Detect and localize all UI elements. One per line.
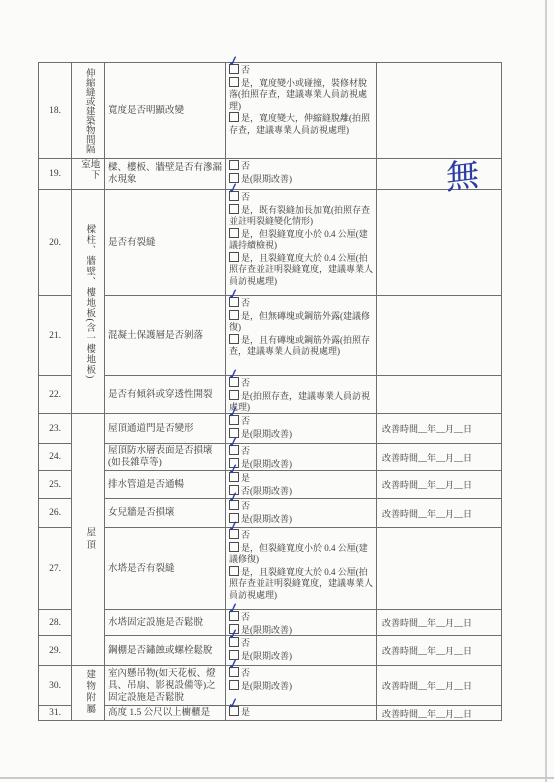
item-label: 屋頂通道門是否變形 [105, 414, 226, 444]
option-label: 是，但裂縫寬度小於 0.4 公厘(建議修復) [229, 543, 368, 565]
row-number: 18. [39, 63, 72, 159]
item-label: 樑、樓板、牆壁是否有滲漏水現象 [105, 159, 226, 190]
row-number: 29. [39, 636, 72, 666]
category-group-roof: 屋頂 [72, 413, 105, 665]
item-label: 水塔是否有裂縫 [105, 528, 226, 610]
option-label: 否 [241, 446, 250, 456]
checkbox-icon: ✓ [229, 445, 239, 455]
checkbox-icon [229, 204, 239, 214]
option-label: 否 [241, 192, 250, 202]
checkbox-icon [229, 112, 239, 122]
option-label: 是，且裂縫寬度大於 0.4 公厘(拍照存查並註明裂縫寬度，建議專業人員訪視處理) [229, 253, 373, 286]
item-label: 排水管道是否通暢 [105, 471, 226, 499]
item-label: 室內懸吊物(如天花板、燈具、吊扇、影視設備等)之固定設施是否鬆脫 [105, 666, 226, 706]
table-row: 18. 伸縮縫或建築物間隔 寬度是否明顯改變 ✓否 是，寬度變小或碰撞，裝修材脫… [39, 63, 501, 159]
checkbox-icon: ✓ [229, 529, 239, 539]
row-number: 22. [39, 376, 72, 414]
checkbox-icon [229, 680, 239, 690]
table-row: 29. 鋼棚是否鏽蝕或螺栓鬆脫 ✓否 是(限期改善) 改善時間__年__月__日 [39, 636, 501, 666]
option-label: 是，既有裂縫加長加寬(拍照存查並註明裂縫變化情形) [229, 205, 370, 227]
option-label: 否 [241, 298, 250, 308]
checkbox-icon [229, 566, 239, 576]
option-label: 是(拍照存查，建議專業人員訪視處理) [229, 391, 370, 413]
row-number: 30. [39, 666, 72, 706]
remark-cell: 改善時間__年__月__日 [377, 414, 501, 444]
option-label: 是，且有磚塊或鋼筋外露(拍照存查，建議專業人員訪視處理) [229, 335, 370, 357]
item-label: 混凝土保護層是否剝落 [105, 296, 226, 376]
row-number: 31. [39, 706, 72, 720]
checkbox-icon: ✓ [229, 297, 239, 307]
remark-cell [377, 190, 501, 296]
item-label: 水塔固定設施是否鬆脫 [105, 610, 226, 636]
checkbox-icon [229, 228, 239, 238]
checkbox-icon: ✓ [229, 472, 239, 482]
checkbox-icon: ✓ [229, 377, 239, 387]
item-label: 屋頂防水層表面是否損壞(如長雜草等) [105, 444, 226, 471]
item-label: 女兒牆是否損壞 [105, 499, 226, 528]
checkbox-icon: ✓ [229, 637, 239, 647]
check-mark-icon: ✓ [227, 55, 241, 71]
category-label: 樑柱、牆壁、樓地板(含一樓地板) [84, 224, 94, 379]
category-label: 屋頂 [84, 527, 94, 552]
remark-cell: 改善時間__年__月__日 [377, 706, 501, 720]
option-label: 是(限期改善) [241, 514, 292, 524]
remark-cell: 改善時間__年__月__日 [377, 636, 501, 666]
checkbox-icon [229, 542, 239, 552]
row-number: 20. [39, 190, 72, 296]
table-row: 19. 地下室 樑、樓板、牆壁是否有滲漏水現象 否 是(限期改善) [39, 159, 501, 190]
row-number: 21. [39, 296, 72, 376]
option-label: 是，但無磚塊或鋼筋外露(建議修復) [229, 311, 370, 333]
options-cell: ✓是 [226, 706, 377, 720]
option-label: 否 [241, 638, 250, 648]
options-cell: ✓否 是，但裂縫寬度小於 0.4 公厘(建議修復) 是，且裂縫寬度大於 0.4 … [226, 528, 377, 610]
page-edge-line [0, 777, 554, 779]
item-label: 是否有裂縫 [105, 190, 226, 296]
table-row: 28. 水塔固定設施是否鬆脫 ✓否 是(限期改善) 改善時間__年__月__日 [39, 610, 501, 636]
handwritten-none-annotation: 無 [446, 148, 480, 199]
option-label: 否 [241, 530, 250, 540]
option-label: 否 [241, 668, 250, 678]
table-row: 24. 屋頂防水層表面是否損壞(如長雜草等) ✓否 是(限期改善) 改善時間__… [39, 444, 501, 471]
table-row: 30. 室內懸吊物(如天花板、燈具、吊扇、影視設備等)之固定設施是否鬆脫 ✓否 … [39, 666, 501, 706]
option-label: 是(限期改善) [241, 429, 292, 439]
table-row: 26. 女兒牆是否損壞 ✓否 是(限期改善) 改善時間__年__月__日 [39, 499, 501, 528]
checkbox-icon [229, 77, 239, 87]
item-label: 寬度是否明顯改變 [105, 63, 226, 159]
checkbox-icon [229, 252, 239, 262]
remark-cell: 改善時間__年__月__日 [377, 471, 501, 499]
option-label: 否 [241, 65, 250, 75]
option-label: 是 [241, 707, 250, 717]
row-number: 24. [39, 444, 72, 471]
remark-cell: 改善時間__年__月__日 [377, 499, 501, 528]
table-row: 22. 是否有傾斜或穿透性開裂 ✓否 是(拍照存查，建議專業人員訪視處理) [39, 376, 501, 414]
remark-cell: 改善時間__年__月__日 [377, 610, 501, 636]
checkbox-icon [229, 334, 239, 344]
category-label: 地下室 [79, 159, 98, 189]
table-row: 27. 水塔是否有裂縫 ✓否 是，但裂縫寬度小於 0.4 公厘(建議修復) 是，… [39, 528, 501, 610]
option-label: 是 [241, 473, 250, 483]
option-label: 是，寬度變小或碰撞，裝修材脫落(拍照存查，建議專業人員訪視處理) [229, 78, 367, 111]
category-group-structure: 樑柱、牆壁、樓地板(含一樓地板) [72, 191, 105, 413]
options-cell: ✓否 是(限期改善) [226, 444, 377, 471]
checkbox-icon: ✓ [229, 500, 239, 510]
remark-cell [377, 159, 501, 190]
remark-cell: 改善時間__年__月__日 [377, 666, 501, 706]
options-cell: ✓否 是，但無磚塊或鋼筋外露(建議修復) 是，且有磚塊或鋼筋外露(拍照存查，建議… [226, 296, 377, 376]
option-label: 否 [241, 612, 250, 622]
item-label: 高度 1.5 公尺以上櫥櫃是 [105, 706, 226, 720]
options-cell: ✓是 否(限期改善) [226, 471, 377, 499]
item-label: 鋼棚是否鏽蝕或螺栓鬆脫 [105, 636, 226, 666]
table-row: 21. 混凝土保護層是否剝落 ✓否 是，但無磚塊或鋼筋外露(建議修復) 是，且有… [39, 296, 501, 376]
option-label: 否 [241, 378, 250, 388]
scanned-inspection-form-page: { "colors":{"ink_blue":"#2b3ca3","table_… [0, 0, 554, 782]
option-label: 否 [241, 501, 250, 511]
option-label: 是(限期改善) [241, 651, 292, 661]
option-label: 是，且裂縫寬度大於 0.4 公厘(拍照存查並註明裂縫寬度，建議專業人員訪視處理) [229, 567, 373, 600]
remark-cell [377, 528, 501, 610]
options-cell: ✓否 是(限期改善) [226, 636, 377, 666]
option-label: 否 [241, 416, 250, 426]
row-number: 25. [39, 471, 72, 499]
remark-cell: 改善時間__年__月__日 [377, 444, 501, 471]
remark-cell [377, 63, 501, 159]
table-row: 23. 屋頂通道門是否變形 ✓否 是(限期改善) 改善時間__年__月__日 [39, 414, 501, 444]
option-label: 是(限期改善) [241, 625, 292, 635]
inspection-checklist-table: 18. 伸縮縫或建築物間隔 寬度是否明顯改變 ✓否 是，寬度變小或碰撞，裝修材脫… [38, 62, 502, 721]
options-cell: ✓否 是(拍照存查，建議專業人員訪視處理) [226, 376, 377, 414]
item-label: 是否有傾斜或穿透性開裂 [105, 376, 226, 414]
option-label: 是(限期改善) [241, 681, 292, 691]
remark-cell [377, 376, 501, 414]
table-row: 20. 是否有裂縫 ✓否 是，既有裂縫加長加寬(拍照存查並註明裂縫變化情形) 是… [39, 190, 501, 296]
checkbox-icon: ✓ [229, 611, 239, 621]
row-number: 26. [39, 499, 72, 528]
checkbox-icon [229, 390, 239, 400]
option-label: 是(限期改善) [241, 174, 292, 184]
category-label: 建物附屬 [84, 669, 94, 715]
row-number: 28. [39, 610, 72, 636]
category-label: 伸縮縫或建築物間隔 [83, 68, 93, 154]
checkbox-icon: ✓ [229, 191, 239, 201]
page-edge-line [545, 0, 547, 782]
row-number: 23. [39, 414, 72, 444]
option-label: 是，但裂縫寬度小於 0.4 公厘(建議持續檢視) [229, 229, 368, 251]
checkbox-icon: ✓ [229, 415, 239, 425]
table-row: 31. 高度 1.5 公尺以上櫥櫃是 ✓是 改善時間__年__月__日 [39, 706, 501, 720]
options-cell: ✓否 是(限期改善) [226, 610, 377, 636]
options-cell: ✓否 是(限期改善) [226, 666, 377, 706]
category-group-attachments: 建物附屬 [72, 665, 105, 719]
remark-cell [377, 296, 501, 376]
options-cell: ✓否 是(限期改善) [226, 414, 377, 444]
option-label: 是，寬度變大，伸縮縫脫離(拍照存查，建議專業人員訪視處理) [229, 113, 370, 135]
options-cell: ✓否 是，寬度變小或碰撞，裝修材脫落(拍照存查，建議專業人員訪視處理) 是，寬度… [226, 63, 377, 159]
row-number: 19. [39, 159, 72, 190]
row-number: 27. [39, 528, 72, 610]
options-cell: 否 是(限期改善) [226, 159, 377, 190]
table-row: 25. 排水管道是否通暢 ✓是 否(限期改善) 改善時間__年__月__日 [39, 471, 501, 499]
option-label: 是(限期改善) [241, 459, 292, 469]
checkbox-icon: ✓ [229, 706, 239, 716]
options-cell: ✓否 是，既有裂縫加長加寬(拍照存查並註明裂縫變化情形) 是，但裂縫寬度小於 0… [226, 190, 377, 296]
checkbox-icon [229, 160, 239, 170]
option-label: 否 [241, 161, 250, 171]
checkbox-icon [229, 310, 239, 320]
option-label: 否(限期改善) [241, 486, 292, 496]
checkbox-icon: ✓ [229, 667, 239, 677]
checkbox-icon: ✓ [229, 64, 239, 74]
options-cell: ✓否 是(限期改善) [226, 499, 377, 528]
